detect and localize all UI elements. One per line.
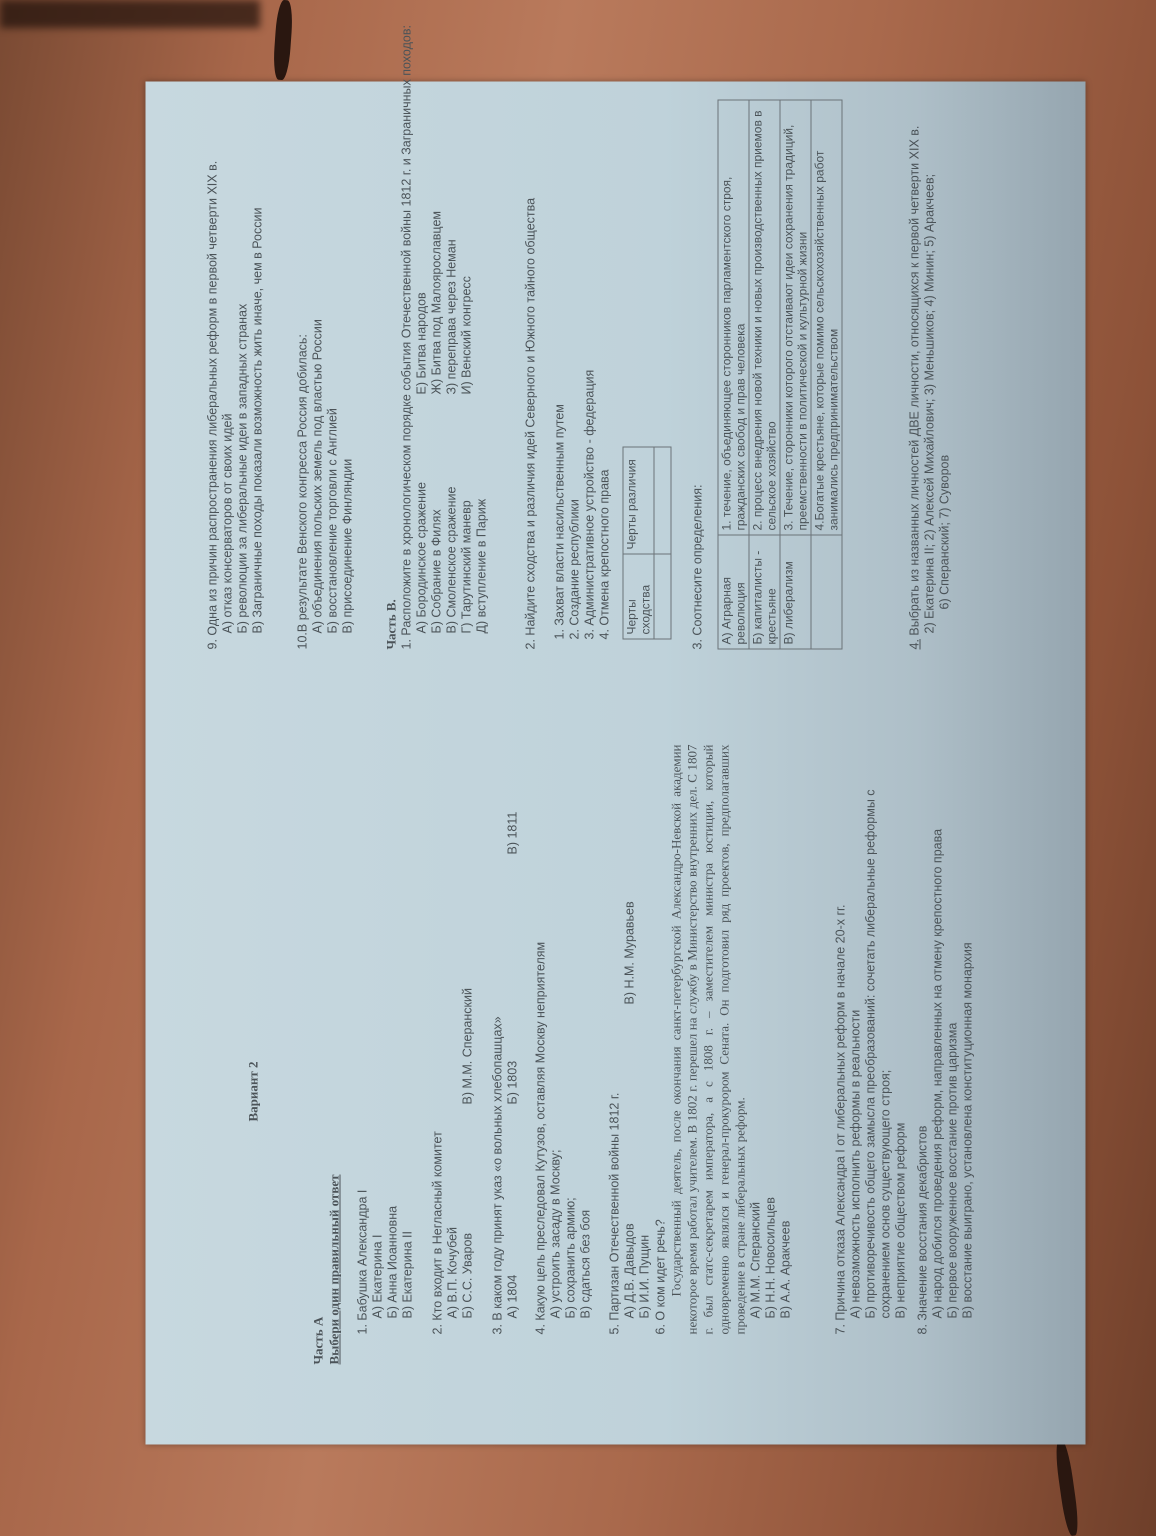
question-7: 7. Причина отказа Александра I от либера… — [834, 735, 909, 1335]
question-1: 1. Бабушка Александра I А) Екатерина I Б… — [356, 1190, 416, 1335]
table-header: Черты различия — [623, 447, 654, 554]
option[interactable]: Б) С.С. Уваров — [461, 1233, 475, 1319]
question-4: 4. Какую цель преследовал Кутузов, остав… — [534, 942, 594, 1335]
option[interactable]: А) 1804 — [506, 1275, 520, 1319]
option[interactable]: А) В.П. Кочубей — [446, 795, 461, 1335]
list-item: 4. Отмена крепостного права — [598, 90, 613, 640]
question-2: 2. Кто входит в Негласный комитет А) В.П… — [431, 795, 476, 1335]
option[interactable]: В) присоединение Финляндии — [341, 319, 356, 649]
option[interactable]: Б) Собрание в Филях — [430, 395, 445, 650]
list-item: 1. Захват власти насильственным путем — [553, 90, 568, 640]
desk-crack — [1053, 1439, 1080, 1536]
option[interactable]: Б) восстановление торговли с Англией — [326, 319, 341, 649]
part-a-title: Часть А — [311, 1317, 326, 1365]
part-b-title: Часть В. — [384, 599, 399, 649]
question-9: 9. Одна из причин распространения либера… — [206, 130, 266, 650]
question-6: 6. О ком идет речь? Государственный деят… — [654, 745, 794, 1335]
option[interactable]: Г) Тарутинский маневр — [460, 395, 475, 650]
option[interactable]: А) М.М. Сперанский — [749, 745, 764, 1335]
option[interactable]: В) восстание выиграно, установлена конст… — [961, 735, 976, 1335]
option[interactable]: В) М.М. Сперанский — [461, 988, 476, 1104]
option[interactable]: А) устроить засаду в Москву; — [549, 942, 564, 1335]
question-6-paragraph: Государственный деятель, после окончания… — [669, 745, 749, 1335]
option[interactable]: Б) первое вооруженное восстание против ц… — [946, 735, 961, 1335]
question-5: 5. Партизан Отечественной войны 1812 г. … — [608, 795, 653, 1335]
question-10: 10.В результате Венского конгресса Росси… — [296, 319, 356, 649]
desk-shadow — [0, 0, 260, 28]
option[interactable]: В) неприятие обществом реформ — [894, 735, 909, 1335]
option[interactable]: Д) вступление в Париж — [475, 395, 490, 650]
option[interactable]: И) Венский конгресс — [460, 211, 475, 395]
option[interactable]: А) отказ консерваторов от своих идей — [221, 130, 236, 650]
option[interactable]: А) народ добился проведения реформ, напр… — [931, 735, 946, 1335]
names-list: 2) Екатерина II; 2) Алексей Михайлович; … — [923, 90, 938, 650]
definitions-table: А) Аграрная революция 1. течение, объеди… — [718, 100, 843, 650]
definition-cell: 3. Течение, сторонники которого отстаива… — [780, 100, 811, 535]
option[interactable]: А) объединения польских земель под власт… — [311, 319, 326, 649]
definition-cell: 1. течение, объединяющее сторонников пар… — [718, 100, 749, 535]
table-cell[interactable] — [654, 554, 671, 639]
term-cell: Б) капиталисты - крестьяне — [749, 535, 780, 649]
right-column: 9. Одна из причин распространения либера… — [146, 100, 1086, 740]
option[interactable]: Б) революции за либеральные идеи в запад… — [236, 130, 251, 650]
part-b-question-1: 1. Расположите в хронологическом порядке… — [400, 90, 490, 650]
question-3: 3. В каком году принят указ «о вольных х… — [491, 795, 521, 1335]
option[interactable]: А) Д.В. Давыдов — [623, 1223, 637, 1318]
definition-cell: 4.Богатые крестьяне, которые помимо сель… — [811, 100, 842, 535]
option[interactable]: В) 1811 — [506, 812, 521, 855]
option[interactable]: Б) Анна Иоанновна — [386, 1190, 401, 1335]
names-list: 6) Сперанский; 7) Суворов — [938, 90, 953, 650]
option[interactable]: Б) сохранить армию; — [564, 942, 579, 1335]
part-b-question-3: 3. Соотнесите определения: А) Аграрная р… — [691, 90, 843, 650]
option[interactable]: В) Н.М. Муравьев — [623, 901, 638, 1004]
option[interactable]: А) Екатерина I — [371, 1190, 386, 1335]
term-cell: А) Аграрная революция — [718, 535, 749, 649]
definition-cell: 2. процесс внедрения новой техники и нов… — [749, 100, 780, 535]
option[interactable]: В) Екатерина II — [401, 1190, 416, 1335]
part-b-question-4: 4. Выбрать из названных личностей ДВЕ ли… — [908, 90, 953, 650]
list-item: 2. Создание республики — [568, 90, 583, 640]
term-cell — [811, 535, 842, 649]
variant-title: Вариант 2 — [246, 767, 261, 1417]
option[interactable]: Б) 1803 — [506, 1061, 521, 1105]
option[interactable]: В) А.А. Аракчеев — [779, 745, 794, 1335]
option[interactable]: Б) противоречивость общего замысла преоб… — [864, 735, 894, 1335]
option[interactable]: Б) И.И. Пущин — [638, 795, 653, 1335]
part-a-instruction: Выбери один правильный ответ — [327, 1175, 342, 1365]
list-item: 3. Административное устройство - федерац… — [583, 90, 598, 640]
part-b-question-2: 2. Найдите сходства и различия идей Севе… — [524, 90, 672, 650]
option[interactable]: З) переправа через Неман — [445, 211, 460, 395]
table-header: Черты сходства — [623, 554, 654, 639]
option[interactable]: Ж) Битва под Малоярославцем — [430, 211, 445, 395]
desk-crack — [272, 0, 294, 80]
term-cell: В) либерализм — [780, 535, 811, 649]
left-column: Вариант 2 Часть А Выбери один правильный… — [146, 767, 1086, 1417]
option[interactable]: Б) Н.Н. Новосильцев — [764, 745, 779, 1335]
similarities-table: Черты сходства Черты различия — [623, 447, 672, 640]
option[interactable]: В) Заграничные походы показали возможнос… — [251, 130, 266, 650]
test-sheet: Вариант 2 Часть А Выбери один правильный… — [146, 82, 1086, 1445]
table-cell[interactable] — [654, 447, 671, 554]
option[interactable]: В) Смоленское сражение — [445, 395, 460, 650]
option[interactable]: А) Бородинское сражение — [415, 395, 430, 650]
option[interactable]: В) сдаться без боя — [579, 942, 594, 1335]
option[interactable]: А) невозможность исполнить реформы в реа… — [849, 735, 864, 1335]
question-8: 8. Значение восстания декабристов А) нар… — [916, 735, 976, 1335]
option[interactable]: Е) Битва народов — [415, 211, 430, 395]
